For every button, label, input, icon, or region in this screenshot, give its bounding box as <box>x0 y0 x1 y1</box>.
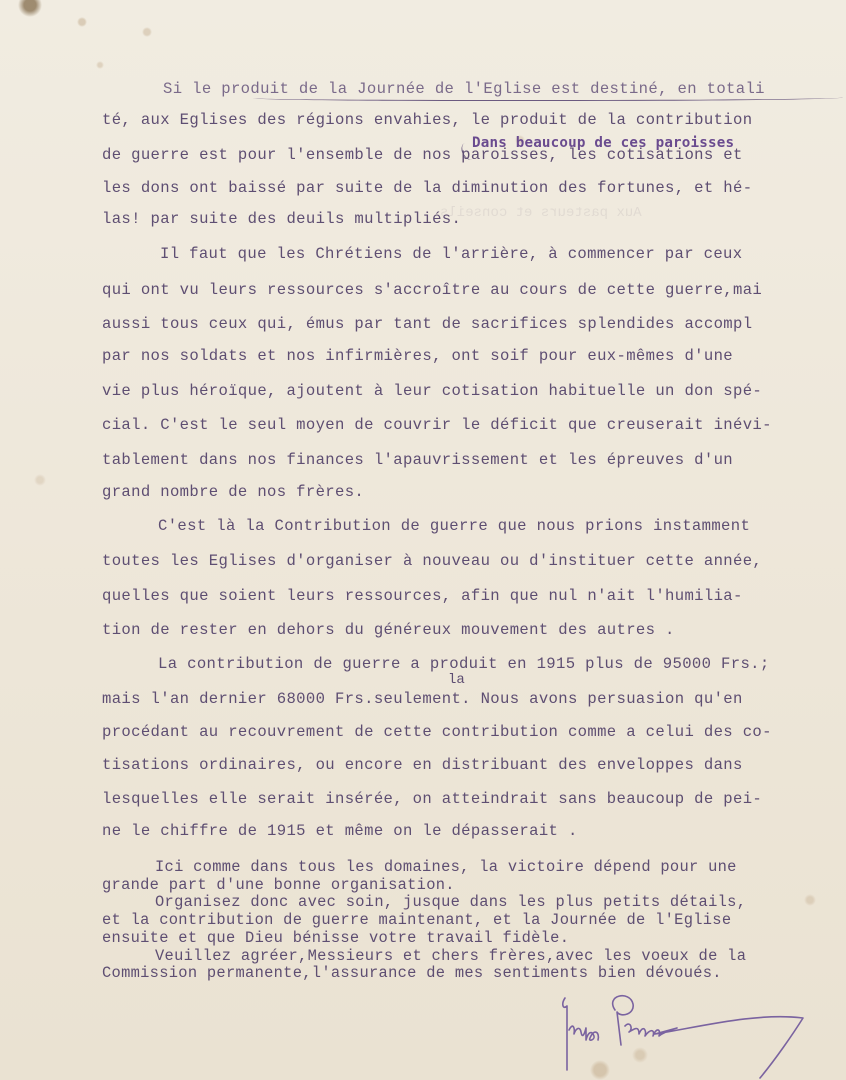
text-line: par nos soldats et nos infirmières, ont … <box>102 347 733 365</box>
text-line: Organisez donc avec soin, jusque dans le… <box>155 893 746 911</box>
text-line: qui ont vu leurs ressources s'accroître … <box>102 281 762 299</box>
text-line: grande part d'une bonne organisation. <box>102 876 455 894</box>
text-line: té, aux Eglises des régions envahies, le… <box>102 111 752 129</box>
text-line: les dons ont baissé par suite de la dimi… <box>102 179 752 197</box>
bleed-through-text: Aux pasteurs et conseils <box>440 205 642 221</box>
text-line: de guerre est pour l'ensemble de nos par… <box>102 146 743 164</box>
text-line: Commission permanente,l'assurance de mes… <box>102 964 722 982</box>
text-line: procédant au recouvrement de cette contr… <box>102 723 772 741</box>
text-line: cial. C'est le seul moyen de couvrir le … <box>102 416 772 434</box>
letter-page: Aux pasteurs et conseils Si le produit d… <box>0 0 846 1080</box>
text-line: Ici comme dans tous les domaines, la vic… <box>155 858 737 876</box>
text-line: vie plus héroïque, ajoutent à leur cotis… <box>102 382 762 400</box>
text-line: mais l'an dernier 68000 Frs.seulement. N… <box>102 690 743 708</box>
text-line: et la contribution de guerre maintenant,… <box>102 911 731 929</box>
text-line: ensuite et que Dieu bénisse votre travai… <box>102 929 569 947</box>
text-line: ne le chiffre de 1915 et même on le dépa… <box>102 822 578 840</box>
text-line: Veuillez agréer,Messieurs et chers frère… <box>155 947 746 965</box>
text-line: quelles que soient leurs ressources, afi… <box>102 587 743 605</box>
text-line: Il faut que les Chrétiens de l'arrière, … <box>160 245 742 263</box>
text-line: La contribution de guerre a produit en 1… <box>158 655 770 673</box>
text-line: tisations ordinaires, ou encore en distr… <box>102 756 743 774</box>
strikethrough-mark <box>253 94 843 101</box>
handwritten-signature <box>555 990 815 1080</box>
text-line: toutes les Eglises d'organiser à nouveau… <box>102 552 762 570</box>
text-line: C'est là la Contribution de guerre que n… <box>158 517 750 535</box>
text-line: aussi tous ceux qui, émus par tant de sa… <box>102 315 752 333</box>
text-line: las! par suite des deuils multipliés. <box>102 210 461 228</box>
text-line: lesquelles elle serait insérée, on attei… <box>102 790 762 808</box>
typed-insertion: la <box>448 672 465 688</box>
text-line: tion de rester en dehors du généreux mou… <box>102 621 675 639</box>
text-line: tablement dans nos finances l'apauvrisse… <box>102 451 733 469</box>
text-line: grand nombre de nos frères. <box>102 483 364 501</box>
